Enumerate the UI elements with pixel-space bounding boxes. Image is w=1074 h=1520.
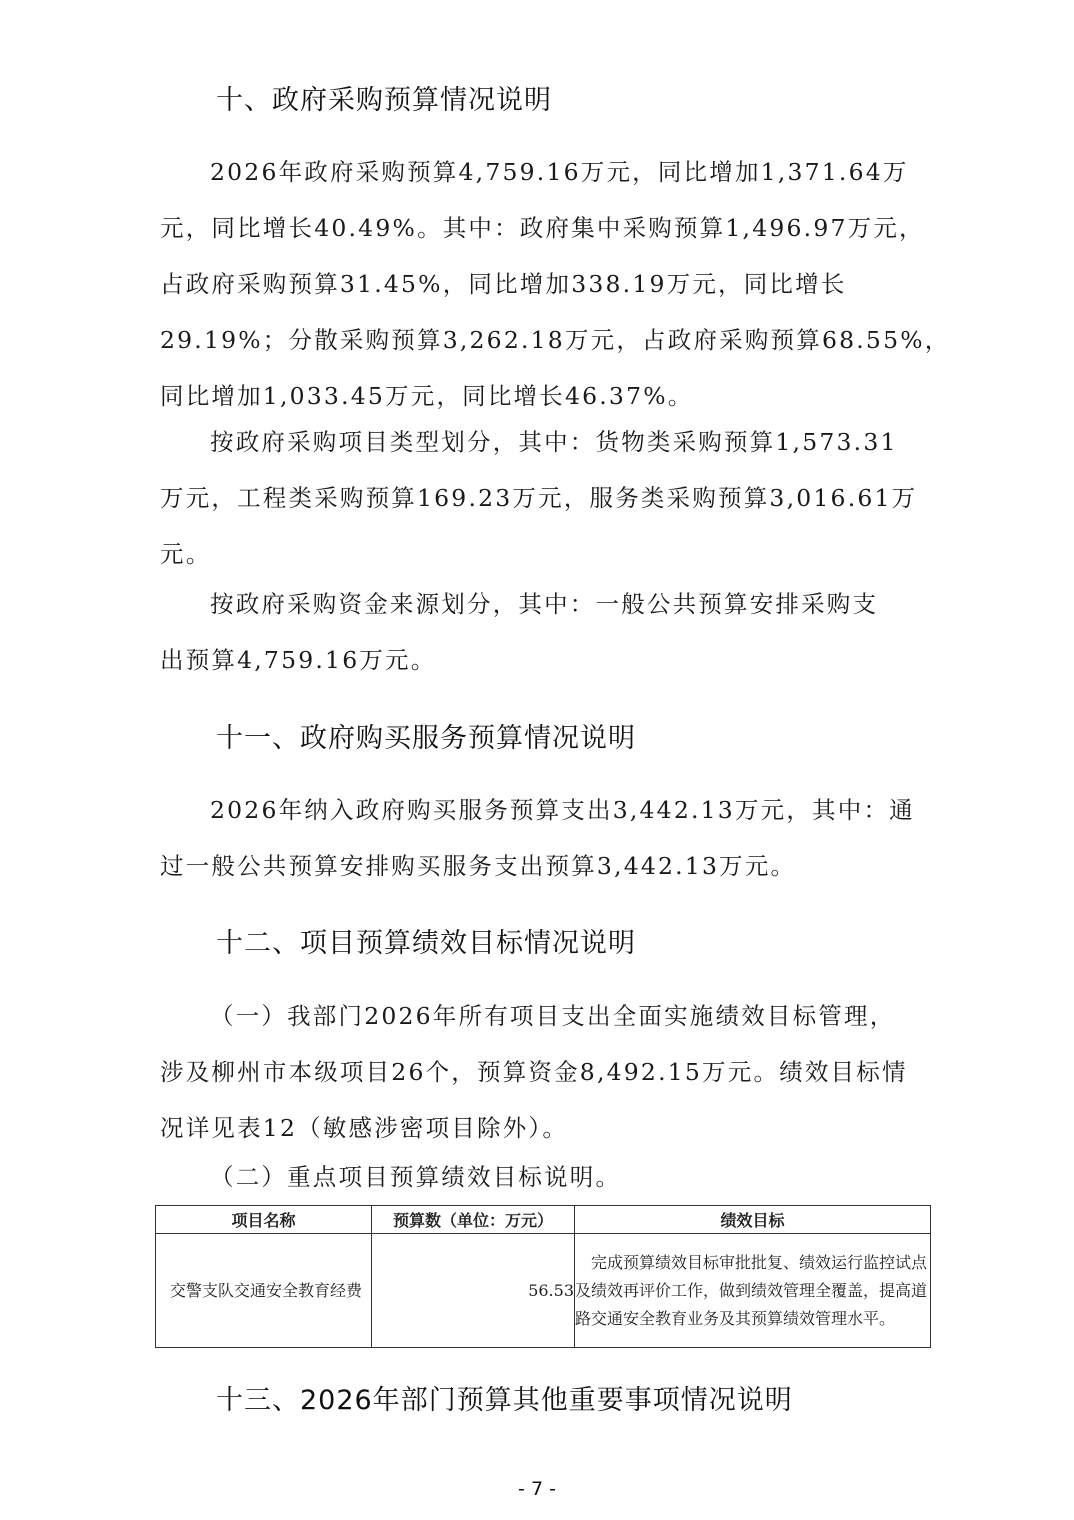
performance-goals-table: 项目名称 预算数（单位：万元） 绩效目标 交警支队交通安全教育经费 56.53 … [155, 1205, 931, 1348]
section-13-heading: 十三、2026年部门预算其他重要事项情况说明 [216, 1378, 793, 1417]
table-row: 交警支队交通安全教育经费 56.53 完成预算绩效目标审批批复、绩效运行监控试点… [156, 1234, 931, 1348]
cell-performance-goal: 完成预算绩效目标审批批复、绩效运行监控试点及绩效再评价工作，做到绩效管理全覆盖，… [575, 1234, 931, 1348]
header-project-name: 项目名称 [156, 1206, 372, 1234]
page-number: - 7 - [0, 1478, 1074, 1500]
section-10-heading: 十、政府采购预算情况说明 [216, 78, 552, 117]
section-10-paragraph-3: 按政府采购资金来源划分，其中：一般公共预算安排采购支 出预算4,759.16万元… [160, 576, 932, 688]
table-header-row: 项目名称 预算数（单位：万元） 绩效目标 [156, 1206, 931, 1234]
section-12-paragraph-1: （一）我部门2026年所有项目支出全面实施绩效目标管理， 涉及柳州市本级项目26… [160, 988, 932, 1156]
section-10-paragraph-1: 2026年政府采购预算4,759.16万元，同比增加1,371.64万 元，同比… [160, 144, 932, 424]
section-11-heading: 十一、政府购买服务预算情况说明 [216, 716, 636, 755]
header-performance-goal: 绩效目标 [575, 1206, 931, 1234]
cell-project-name: 交警支队交通安全教育经费 [156, 1234, 372, 1348]
header-budget-amount: 预算数（单位：万元） [372, 1206, 575, 1234]
section-10-paragraph-2: 按政府采购项目类型划分，其中：货物类采购预算1,573.31 万元，工程类采购预… [160, 414, 932, 582]
section-12-paragraph-2: （二）重点项目预算绩效目标说明。 [160, 1149, 932, 1205]
section-12-heading: 十二、项目预算绩效目标情况说明 [216, 921, 636, 960]
cell-budget-amount: 56.53 [372, 1234, 575, 1348]
section-11-paragraph-1: 2026年纳入政府购买服务预算支出3,442.13万元，其中：通 过一般公共预算… [160, 782, 932, 894]
